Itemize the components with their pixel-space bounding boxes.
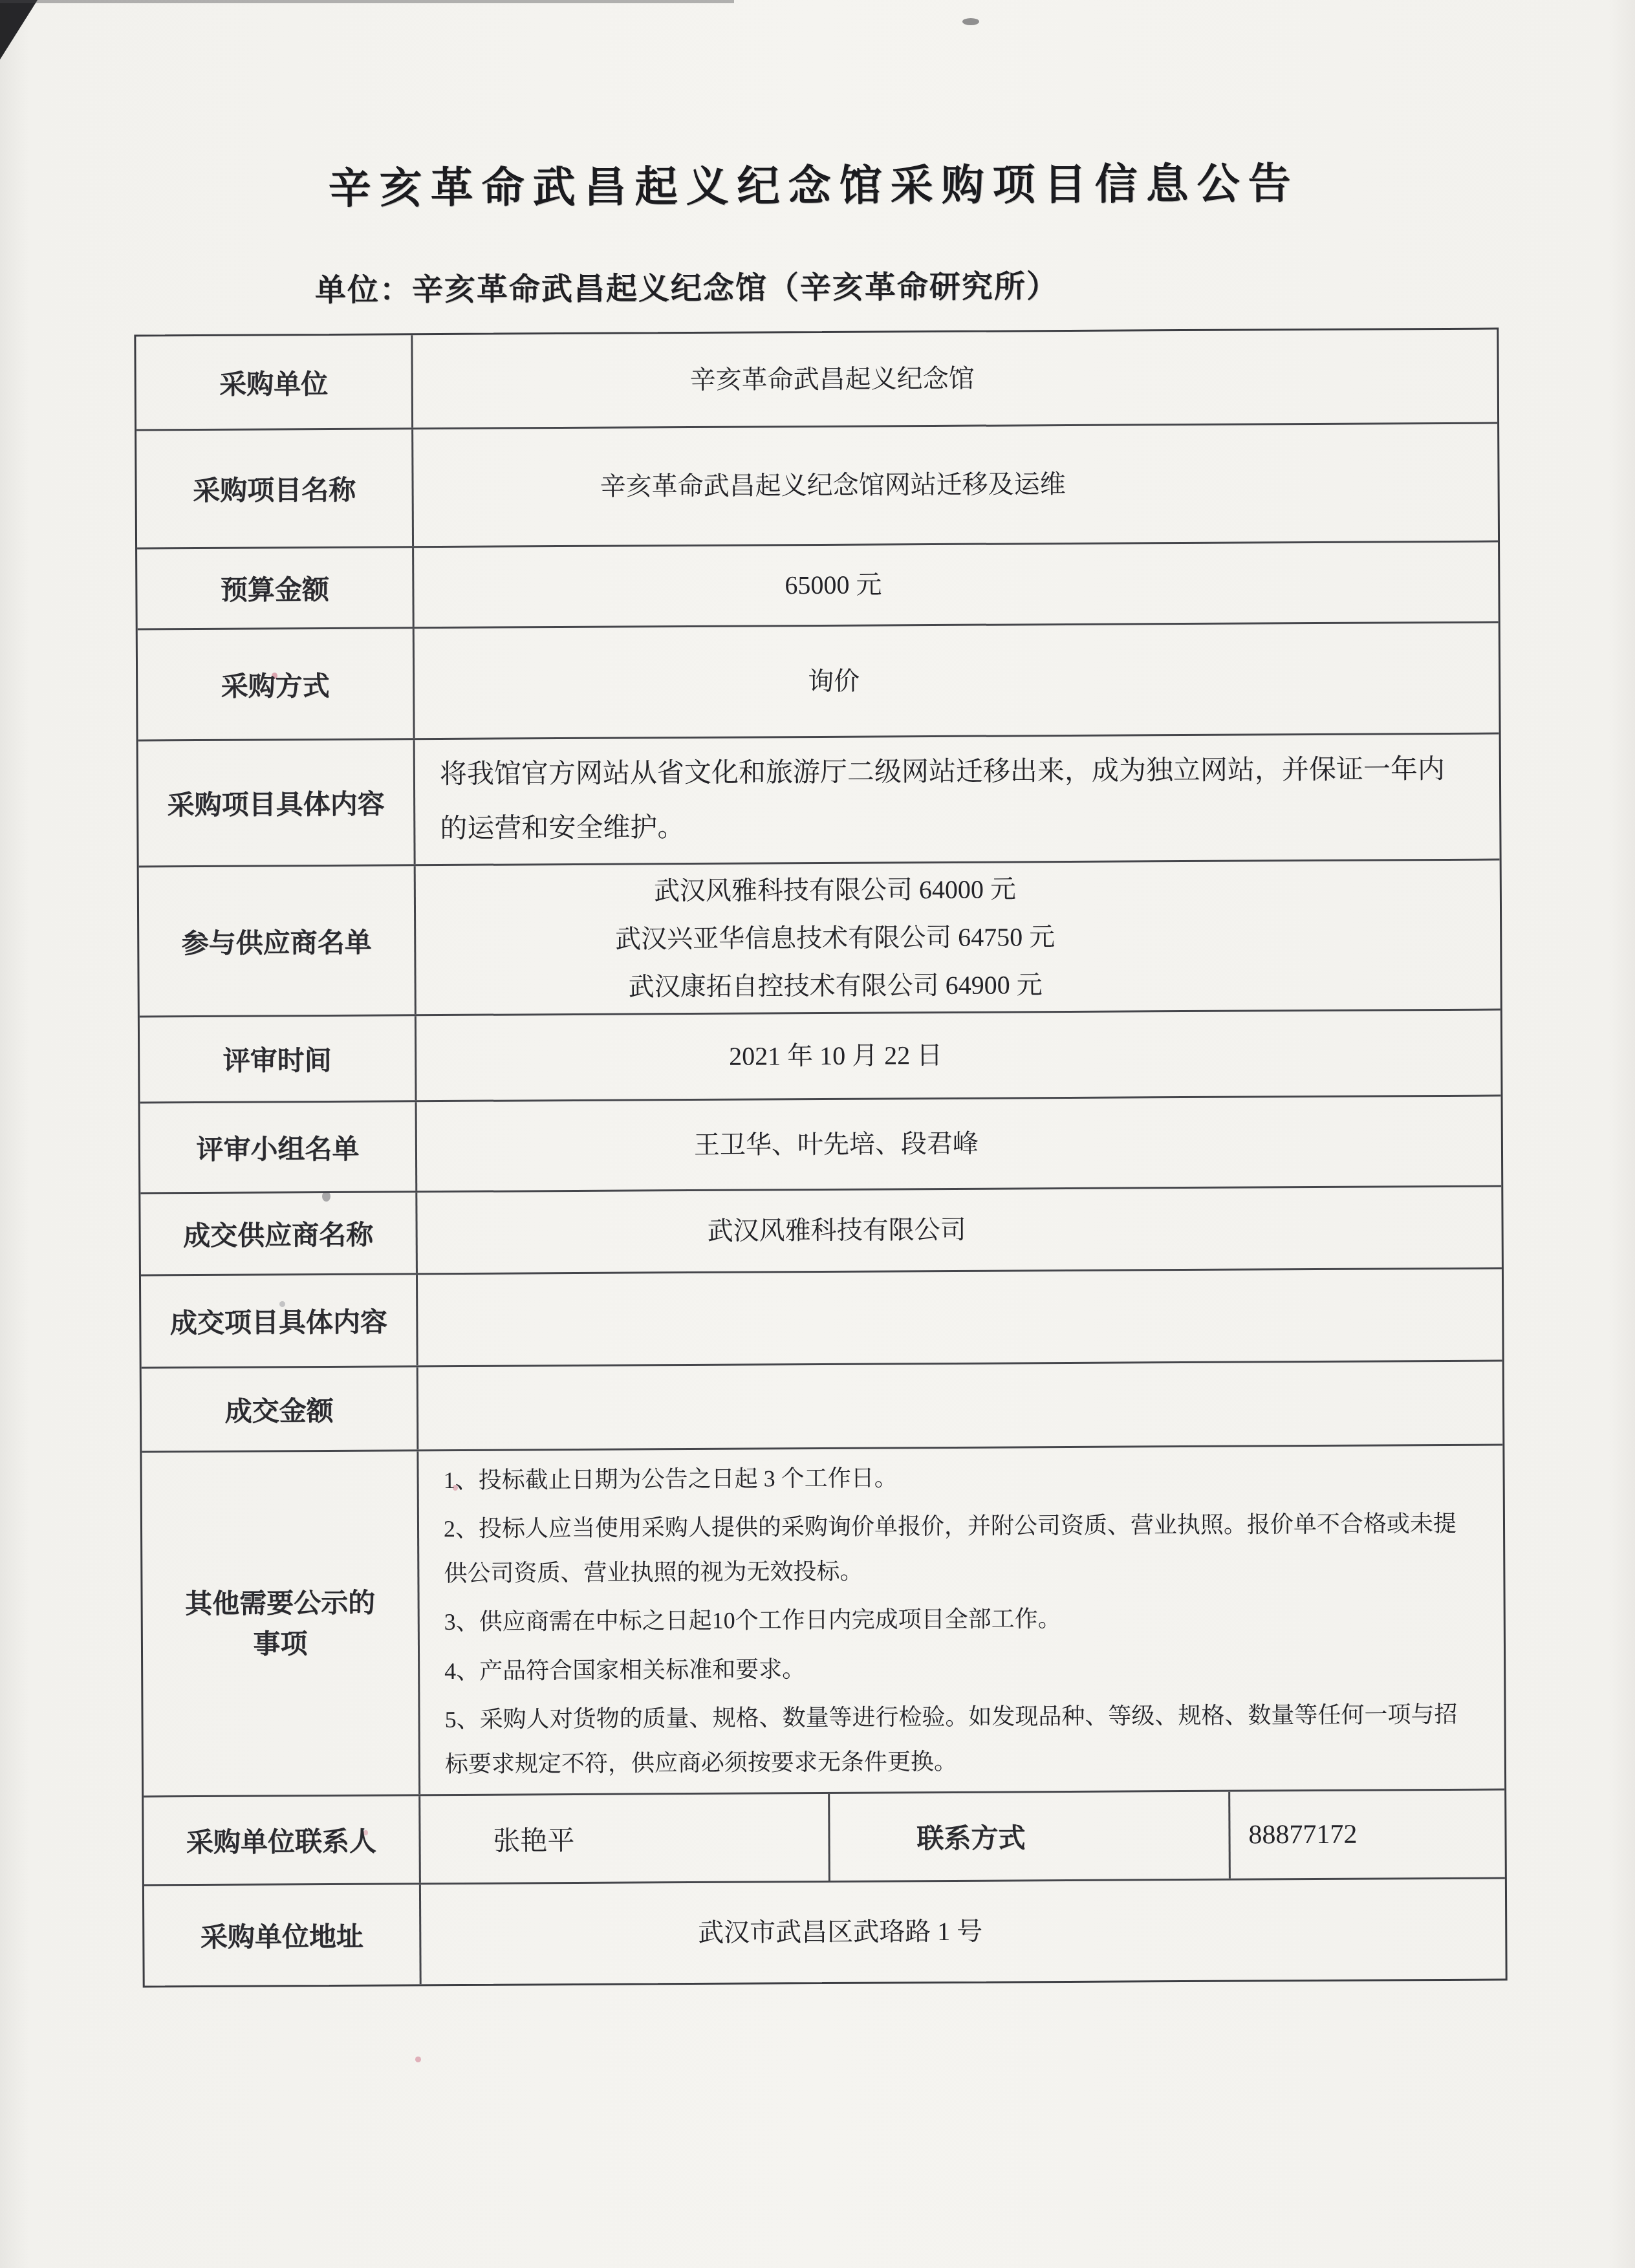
row-label: 采购方式 — [138, 629, 415, 739]
page-title: 辛亥革命武昌起义纪念馆采购项目信息公告 — [0, 147, 1631, 217]
row-label: 参与供应商名单 — [139, 866, 417, 1015]
table-row-review-panel: 评审小组名单 王卫华、叶先培、段君峰 — [140, 1094, 1502, 1192]
row-value-empty — [418, 1361, 1503, 1449]
row-label: 成交金额 — [142, 1367, 419, 1451]
row-label: 成交供应商名称 — [140, 1193, 418, 1274]
contact-person-name: 张艳平 — [420, 1794, 828, 1883]
row-label: 评审小组名单 — [140, 1102, 418, 1192]
table-row-deal-detail: 成交项目具体内容 — [141, 1267, 1502, 1366]
row-label: 采购项目具体内容 — [138, 740, 416, 865]
org-subtitle: 单位：辛亥革命武昌起义纪念馆（辛亥革命研究所） — [315, 261, 1059, 310]
note-item: 2、投标人应当使用采购人提供的采购询价单报价，并附公司资质、营业执照。报价单不合… — [444, 1502, 1471, 1597]
note-item: 4、产品符合国家相关标准和要求。 — [444, 1643, 1471, 1693]
note-item: 3、供应商需在中标之日起10个工作日内完成项目全部工作。 — [444, 1595, 1471, 1645]
row-value: 武汉风雅科技有限公司 64000 元 武汉兴亚华信息技术有限公司 64750 元… — [416, 860, 1500, 1014]
table-row-project-detail: 采购项目具体内容 将我馆官方网站从省文化和旅游厅二级网站迁移出来，成为独立网站，… — [138, 732, 1500, 865]
table-row-review-date: 评审时间 2021 年 10 月 22 日 — [140, 1008, 1501, 1101]
row-value: 武汉市武昌区武珞路 1 号 — [421, 1879, 1506, 1984]
table-row-method: 采购方式 询价 — [138, 621, 1499, 739]
table-row-supplier-list: 参与供应商名单 武汉风雅科技有限公司 64000 元 武汉兴亚华信息技术有限公司… — [139, 858, 1500, 1015]
table-row-winning-supplier: 成交供应商名称 武汉风雅科技有限公司 — [140, 1185, 1502, 1274]
scanned-document-page: { "page": { "title": "辛亥革命武昌起义纪念馆采购项目信息公… — [0, 0, 1635, 2268]
row-label-text: 其他需要公示的事项 — [177, 1582, 384, 1665]
supplier-bid-line: 武汉兴亚华信息技术有限公司 64750 元 — [615, 913, 1055, 964]
table-row-address: 采购单位地址 武汉市武昌区武珞路 1 号 — [144, 1877, 1506, 1985]
row-label: 采购单位地址 — [144, 1885, 422, 1985]
row-value: 将我馆官方网站从省文化和旅游厅二级网站迁移出来，成为独立网站，并保证一年内的运营… — [415, 734, 1500, 864]
document-sheet: 辛亥革命武昌起义纪念馆采购项目信息公告 单位：辛亥革命武昌起义纪念馆（辛亥革命研… — [0, 0, 1635, 2268]
contact-method-label: 联系方式 — [828, 1792, 1229, 1881]
table-row-purchasing-unit: 采购单位 辛亥革命武昌起义纪念馆 — [136, 329, 1497, 429]
row-label: 评审时间 — [140, 1016, 417, 1101]
row-label: 采购单位联系人 — [144, 1796, 421, 1884]
row-value: 辛亥革命武昌起义纪念馆网站迁移及运维 — [413, 424, 1498, 546]
table-row-budget: 预算金额 65000 元 — [137, 540, 1499, 628]
row-label: 采购单位 — [136, 335, 413, 429]
procurement-info-table: 采购单位 辛亥革命武昌起义纪念馆 采购项目名称 辛亥革命武昌起义纪念馆网站迁移及… — [134, 327, 1507, 1987]
contact-phone-number: 88877172 — [1228, 1790, 1505, 1878]
row-value: 辛亥革命武昌起义纪念馆 — [413, 329, 1497, 427]
note-item: 1、投标截止日期为公告之日起 3 个工作日。 — [443, 1453, 1470, 1503]
supplier-bid-lines: 武汉风雅科技有限公司 64000 元 武汉兴亚华信息技术有限公司 64750 元… — [615, 865, 1056, 1011]
row-label: 其他需要公示的事项 — [142, 1451, 420, 1795]
table-row-deal-amount: 成交金额 — [142, 1359, 1503, 1451]
row-label: 成交项目具体内容 — [141, 1275, 418, 1366]
table-row-project-name: 采购项目名称 辛亥革命武昌起义纪念馆网站迁移及运维 — [136, 422, 1498, 547]
row-value: 武汉风雅科技有限公司 — [417, 1187, 1502, 1273]
row-value-empty — [418, 1269, 1502, 1365]
row-value: 王卫华、叶先培、段君峰 — [417, 1096, 1502, 1191]
row-label: 采购项目名称 — [136, 429, 414, 547]
supplier-bid-line: 武汉风雅科技有限公司 64000 元 — [615, 865, 1055, 916]
project-detail-text: 将我馆官方网站从省文化和旅游厅二级网站迁移出来，成为独立网站，并保证一年内的运营… — [440, 742, 1471, 856]
table-row-contact: 采购单位联系人 张艳平 联系方式 88877172 — [144, 1788, 1505, 1884]
table-row-other-notes: 其他需要公示的事项 1、投标截止日期为公告之日起 3 个工作日。 2、投标人应当… — [142, 1443, 1504, 1795]
note-item: 5、采购人对货物的质量、规格、数量等进行检验。如发现品种、等级、规格、数量等任何… — [444, 1692, 1472, 1787]
supplier-bid-line: 武汉康拓自控技术有限公司 64900 元 — [615, 961, 1055, 1011]
row-value: 65000 元 — [414, 542, 1499, 627]
row-value: 询价 — [415, 623, 1499, 738]
other-notes-list: 1、投标截止日期为公告之日起 3 个工作日。 2、投标人应当使用采购人提供的采购… — [418, 1445, 1504, 1794]
row-label: 预算金额 — [137, 548, 415, 628]
row-value: 2021 年 10 月 22 日 — [417, 1010, 1501, 1100]
